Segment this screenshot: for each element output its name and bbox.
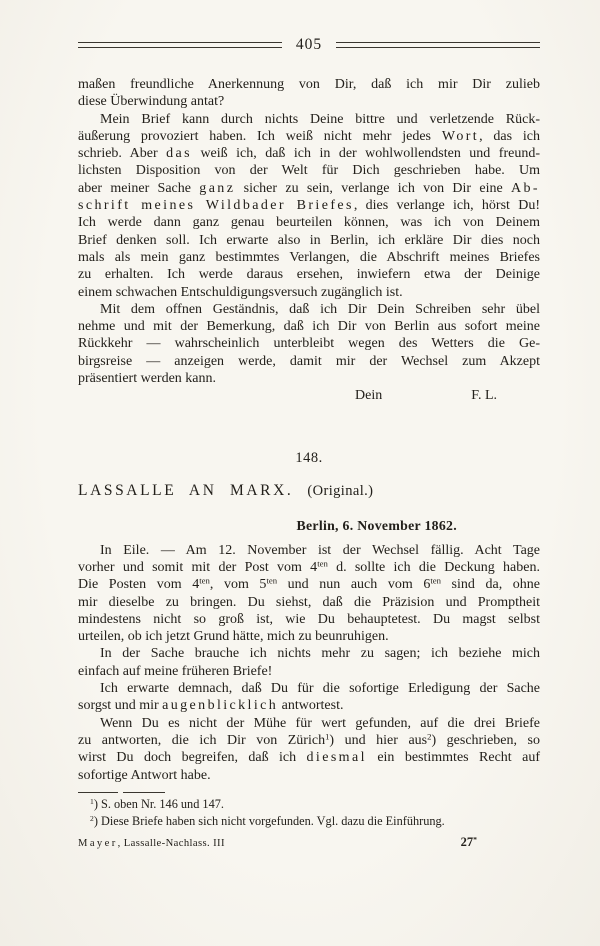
text-line: schrift meines Wildbader Briefes, dies v… <box>78 197 540 214</box>
letter-heading: LASSALLE AN MARX.(Original.) <box>78 481 540 501</box>
letter-end-body: maßen freundliche Anerkennung von Dir, d… <box>78 76 540 387</box>
letterspaced-text: ganz <box>199 181 235 196</box>
text-line: zu antworten, die ich Dir von Zürich1) u… <box>78 732 540 749</box>
text-line: wirst Du doch begreifen, daß ich diesmal… <box>78 749 540 766</box>
text-line: schrieb. Aber das weiß ich, daß ich in d… <box>78 145 540 162</box>
valediction: Dein <box>355 387 382 404</box>
text-line: Ich erwarte demnach, daß Du für die sofo… <box>78 680 540 697</box>
page-footer: Mayer, Lassalle-Nachlass. III 27* <box>78 835 540 850</box>
page-header: 405 <box>78 36 540 54</box>
superscript: 2 <box>90 815 94 824</box>
text-line: Mein Brief kann durch nichts Deine bittr… <box>78 111 540 128</box>
letter-heading-note: (Original.) <box>307 483 373 499</box>
paragraph: In Eile. — Am 12. November ist der Wechs… <box>78 542 540 646</box>
superscript: 1 <box>325 732 329 742</box>
signature-row: Dein F. L. <box>78 387 540 404</box>
text-line: mindestens nicht so groß ist, wie Du beh… <box>78 611 540 628</box>
footnote-separator <box>78 792 540 793</box>
text-line: In Eile. — Am 12. November ist der Wechs… <box>78 542 540 559</box>
letter-number: 148. <box>78 449 540 467</box>
paragraph: In der Sache brauche ich nichts mehr zu … <box>78 645 540 680</box>
text-line: aber meiner Sache ganz sicher zu sein, v… <box>78 180 540 197</box>
signature-initials: F. L. <box>471 387 497 404</box>
text-line: Mit dem offnen Geständnis, daß ich Dir D… <box>78 301 540 318</box>
text-line: einem schwachen Entschuldigungsversuch z… <box>78 284 540 301</box>
letterspaced-text: Wort <box>442 129 479 144</box>
superscript: * <box>473 835 477 844</box>
footnotes: 1) S. oben Nr. 146 und 147. 2) Diese Bri… <box>78 796 540 831</box>
text-line: einfach auf meine früheren Briefe! <box>78 663 540 680</box>
text-line: mir dieselbe zu bringen. Du siehst, daß … <box>78 594 540 611</box>
paragraph: Wenn Du es nicht der Mühe für wert gefun… <box>78 715 540 784</box>
header-rule-right <box>336 42 540 48</box>
text-line: In der Sache brauche ich nichts mehr zu … <box>78 645 540 662</box>
paragraph: maßen freundliche Anerkennung von Dir, d… <box>78 76 540 111</box>
text-line: Ich werde dann ganz genau beurteilen kön… <box>78 214 540 231</box>
text-line: vorher und somit mit der Post vom 4ten d… <box>78 559 540 576</box>
superscript: ten <box>317 559 328 569</box>
letterspaced-text: Ab- <box>511 181 540 196</box>
paragraph: Mein Brief kann durch nichts Deine bittr… <box>78 111 540 301</box>
text-line: birgsreise — anzeigen werde, damit mir d… <box>78 353 540 370</box>
text-line: nehme und mit der Bemerkung, daß ich Dir… <box>78 318 540 335</box>
superscript: ten <box>430 576 441 586</box>
letterspaced-text: das <box>166 146 192 161</box>
text-line: äußerung provoziert haben. Ich weiß nich… <box>78 128 540 145</box>
text-line: präsentiert werden kann. <box>78 370 540 387</box>
superscript: 2 <box>427 732 431 742</box>
dateline: Berlin, 6. November 1862. <box>78 517 540 534</box>
page-number: 405 <box>296 36 322 54</box>
text-line: lichsten Disposition von der Welt für Di… <box>78 162 540 179</box>
footnote-separator-dash <box>123 792 165 793</box>
letterspaced-text: Mayer <box>78 838 118 849</box>
footnote-separator-dash <box>78 792 118 793</box>
text-line: zu erhalten. Ich werde daraus ersehen, i… <box>78 266 540 283</box>
imprint: Mayer, Lassalle-Nachlass. III <box>78 838 225 849</box>
text-line: Rückkehr — wahrscheinlich unterbleibt we… <box>78 335 540 352</box>
text-line: sofortige Antwort habe. <box>78 767 540 784</box>
letterspaced-text: diesmal <box>307 750 367 765</box>
text-line: Brief denken soll. Ich erwarte also in B… <box>78 232 540 249</box>
superscript: ten <box>199 576 210 586</box>
superscript: 1 <box>90 797 94 806</box>
letterspaced-text: schrift meines Wildbader Briefes <box>78 198 354 213</box>
text-line: Wenn Du es nicht der Mühe für wert gefun… <box>78 715 540 732</box>
header-rule-left <box>78 42 282 48</box>
printers-signature-mark: 27* <box>461 835 540 850</box>
paragraph: Mit dem offnen Geständnis, daß ich Dir D… <box>78 301 540 387</box>
book-page: 405 maßen freundliche Anerkennung von Di… <box>0 0 600 946</box>
letter-heading-title: LASSALLE AN MARX. <box>78 482 293 499</box>
text-line: sorgst und mir augenblicklich antwortest… <box>78 697 540 714</box>
superscript: ten <box>266 576 277 586</box>
letterspaced-text: augenblicklich <box>162 698 278 713</box>
text-line: mals als mein ganz bestimmtes Verlangen,… <box>78 249 540 266</box>
letter-148-body: In Eile. — Am 12. November ist der Wechs… <box>78 542 540 784</box>
footnote: 1) S. oben Nr. 146 und 147. <box>78 796 540 814</box>
text-line: urteilen, ob ich jetzt Grund hätte, mich… <box>78 628 540 645</box>
paragraph: Ich erwarte demnach, daß Du für die sofo… <box>78 680 540 715</box>
footnote: 2) Diese Briefe haben sich nicht vorgefu… <box>78 813 540 831</box>
text-line: diese Überwindung antat? <box>78 93 540 110</box>
text-line: Die Posten vom 4ten, vom 5ten und nun au… <box>78 576 540 593</box>
text-line: maßen freundliche Anerkennung von Dir, d… <box>78 76 540 93</box>
